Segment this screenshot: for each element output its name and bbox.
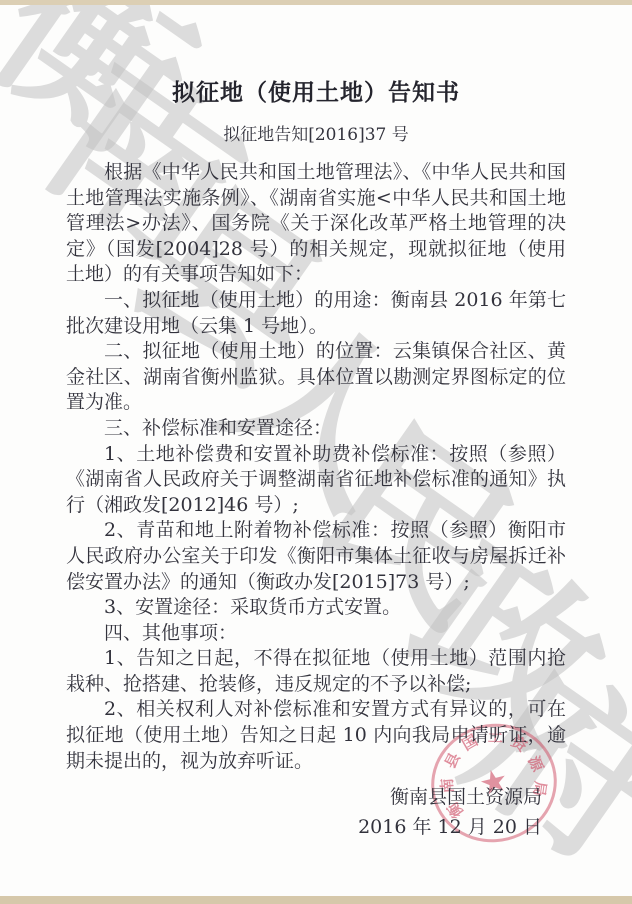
page-title: 拟征地（使用土地）告知书 — [66, 74, 566, 107]
paragraph-item2-location: 二、拟征地（使用土地）的位置：云集镇保合社区、黄金社区、湖南省衡州监狱。具体位置… — [66, 339, 566, 416]
notice-body: 拟征地（使用土地）告知书 拟征地告知[2016]37 号 根据《中华人民共和国土… — [66, 74, 566, 842]
issuing-authority: 衡南县国土资源局 — [66, 782, 542, 812]
paragraph-item1-purpose: 一、拟征地（使用土地）的用途：衡南县 2016 年第七批次建设用地（云集 1 号… — [66, 288, 566, 339]
document-number: 拟征地告知[2016]37 号 — [66, 120, 566, 145]
signature-block: 衡南县国土资源局 2016 年 12 月 20 日 — [66, 782, 566, 842]
paragraph-basis: 根据《中华人民共和国土地管理法》、《中华人民共和国土地管理法实施条例》、《湖南省… — [66, 160, 566, 288]
paragraph-item4-1-prohibition: 1、告知之日起，不得在拟征地（使用土地）范围内抢栽种、抢搭建、抢装修，违反规定的… — [66, 646, 566, 697]
paragraph-item4-2-hearing: 2、相关权利人对补偿标准和安置方式有异议的，可在拟征地（使用土地）告知之日起 1… — [66, 697, 566, 774]
paragraph-item3-3-resettlement: 3、安置途径：采取货币方式安置。 — [66, 595, 566, 621]
scan-edge-bottom — [0, 896, 632, 904]
scanned-document-page: 衡南县人民政府 拟征地（使用土地）告知书 拟征地告知[2016]37 号 根据《… — [0, 0, 632, 904]
issue-date: 2016 年 12 月 20 日 — [66, 812, 542, 842]
paragraph-item4-heading: 四、其他事项： — [66, 621, 566, 647]
paragraph-item3-heading: 三、补偿标准和安置途径： — [66, 416, 566, 442]
paragraph-item3-2-crops: 2、青苗和地上附着物补偿标准：按照（参照）衡阳市人民政府办公室关于印发《衡阳市集… — [66, 518, 566, 595]
paragraph-item3-1-compensation: 1、土地补偿费和安置补助费补偿标准：按照（参照）《湖南省人民政府关于调整湖南省征… — [66, 442, 566, 519]
scan-edge-top — [0, 0, 632, 5]
